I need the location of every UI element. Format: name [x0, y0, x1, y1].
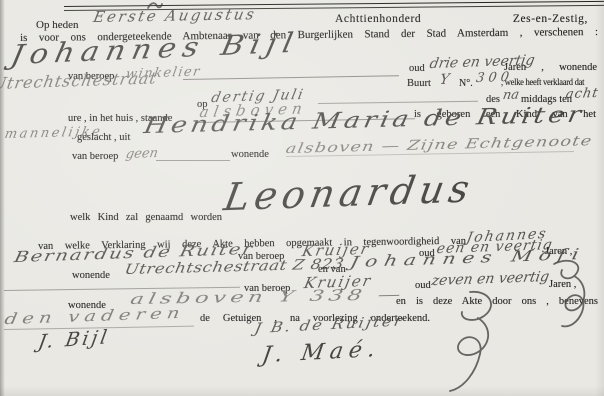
op-heden-label: Op heden [36, 19, 78, 32]
uur-handwritten: acht [565, 87, 600, 101]
huisnummer-label: N°. [459, 78, 473, 90]
father-signature: J. Bijl [37, 328, 111, 352]
den-vaderen-handwritten: den vaderen [3, 306, 186, 327]
witness2-age-handwritten: zeven en veertig [431, 270, 551, 288]
jaren-wonende-label: Jaren , wonende [504, 62, 597, 74]
buurt-code-handwritten: Y [439, 73, 450, 88]
mother-beroep-handwritten: geen [125, 147, 159, 161]
mother-beroep-label: van beroep [72, 151, 118, 163]
verklaard-label: , welke heeft verklaard dat [501, 77, 584, 87]
declarant-street-handwritten: Utrechtschestraat [0, 70, 158, 92]
witness2-signature: J. Maé. [260, 339, 382, 367]
mother-wonende-label: wonende [231, 149, 269, 161]
official-paraph-flourish [420, 288, 515, 394]
dagdeel-handwritten: na [502, 88, 520, 102]
ruled-blank [156, 160, 230, 161]
naming-label: welk Kind zal genaamd worden [70, 212, 222, 224]
witness1-wonende-label: wonende [72, 270, 110, 282]
secondary-paraph-flourish [544, 256, 602, 332]
declarant-oud-label: oud [409, 63, 425, 75]
ruled-blank [318, 101, 478, 104]
buurt-label: Buurt [407, 78, 431, 90]
registration-date-handwritten: Eerste Augustus [92, 7, 258, 25]
birth-certificate-scan: Op heden Eerste Augustus Achttienhonderd… [0, 0, 604, 396]
ruled-blank [183, 75, 399, 80]
year-label: Achttienhonderd Zes-en-Zestig, [335, 13, 588, 26]
child-name-handwritten: Leonardus [221, 169, 477, 216]
geslacht-label: geslacht , uit [77, 132, 130, 144]
